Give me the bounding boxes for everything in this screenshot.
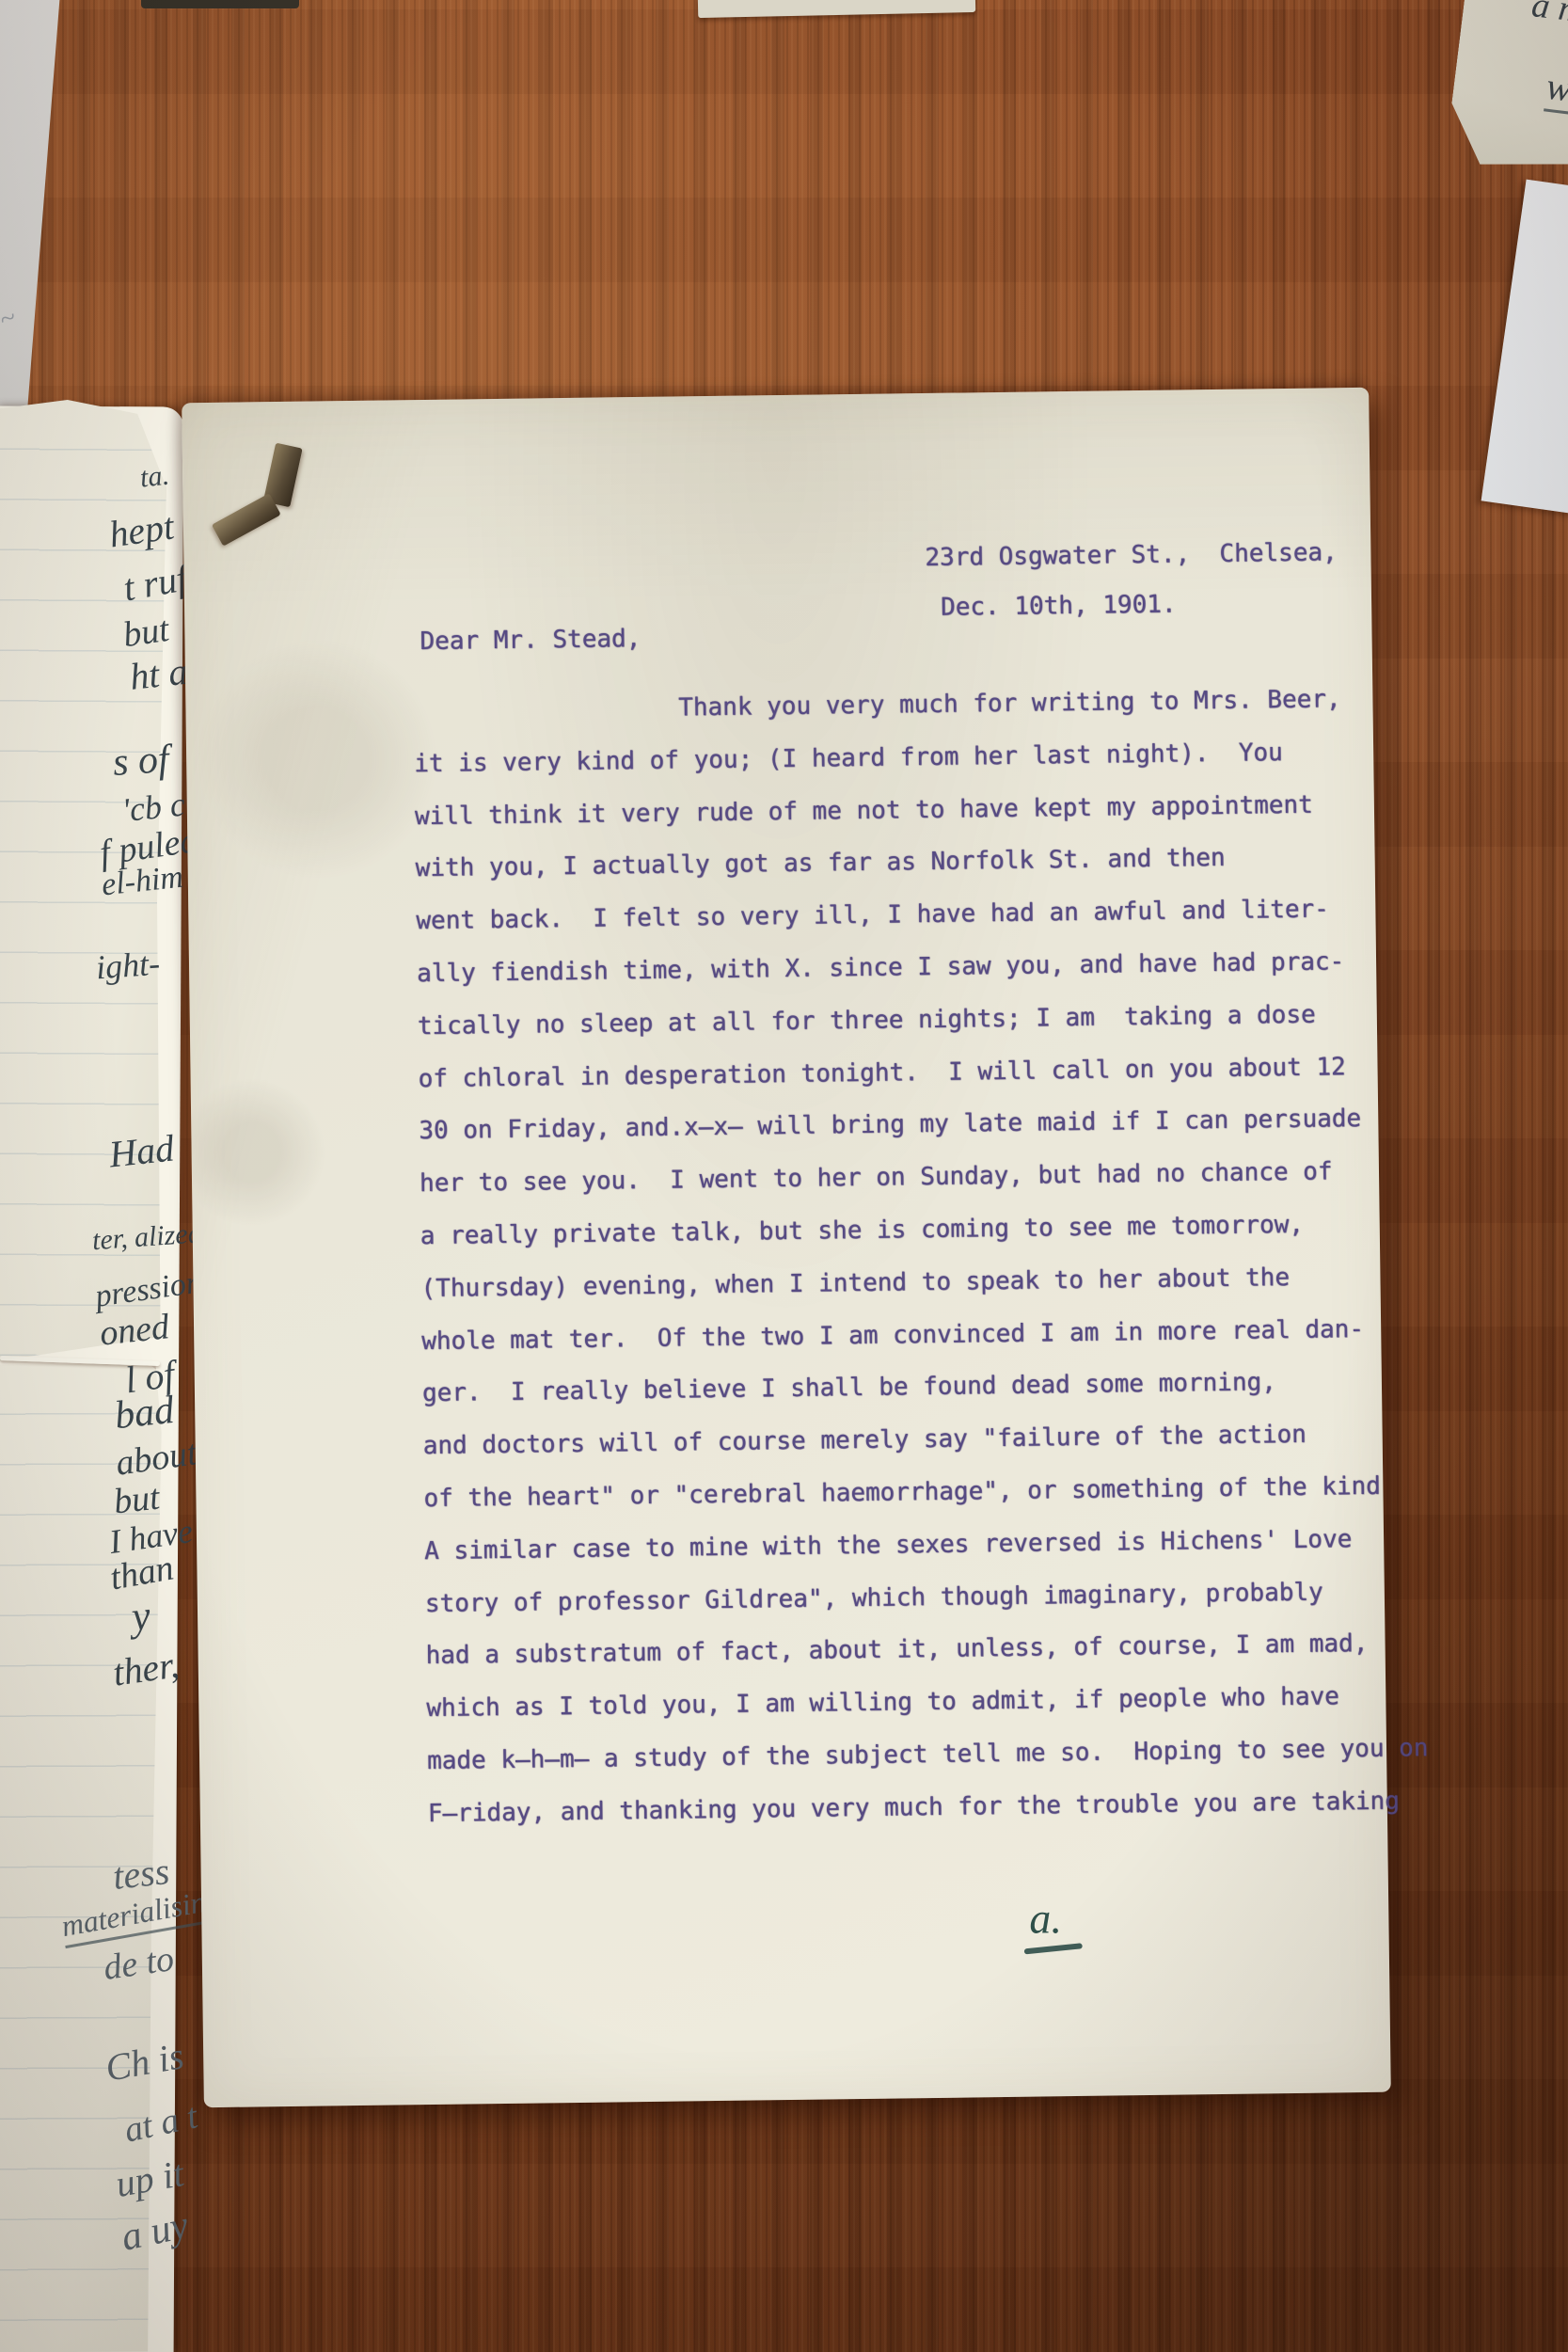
letter-address-line1: 23rd Osgwater St., Chelsea, xyxy=(925,538,1338,572)
handwriting-fragment: Had xyxy=(107,1126,176,1177)
corner-handwriting-fragment: w xyxy=(1544,64,1568,115)
letter-date-line: Dec. 10th, 1901. xyxy=(941,591,1177,622)
handwriting-fragment: ta. xyxy=(138,459,170,494)
corner-handwriting-fragment: a m xyxy=(1529,0,1568,32)
clip-lower-arm xyxy=(212,493,281,546)
handwriting-fragment: s of xyxy=(112,737,171,786)
annotation-underline xyxy=(1024,1943,1083,1954)
handwriting-fragment: hept xyxy=(106,503,177,556)
handwriting-fragment: ight- xyxy=(95,944,162,988)
typewritten-letter: 23rd Osgwater St., Chelsea, Dec. 10th, 1… xyxy=(182,388,1391,2107)
handwriting-fragment: oned xyxy=(98,1306,171,1354)
annotation-letter-a: a. xyxy=(1029,1894,1062,1942)
handwriting-fragment: bad xyxy=(113,1388,177,1438)
handwriting-fragment: ther, xyxy=(110,1642,182,1694)
paper-fastener-clip xyxy=(231,443,308,548)
handwritten-annotation: a. xyxy=(1029,1893,1062,1943)
letter-salutation: Dear Mr. Stead, xyxy=(420,625,641,656)
letter-body: Thank you very much for writing to Mrs. … xyxy=(413,673,1429,1840)
photo-scene: ~ · ta.heptt ruffbutht ass of'cb chf pul… xyxy=(0,0,1568,2352)
handwriting-fragment: but xyxy=(121,609,172,656)
